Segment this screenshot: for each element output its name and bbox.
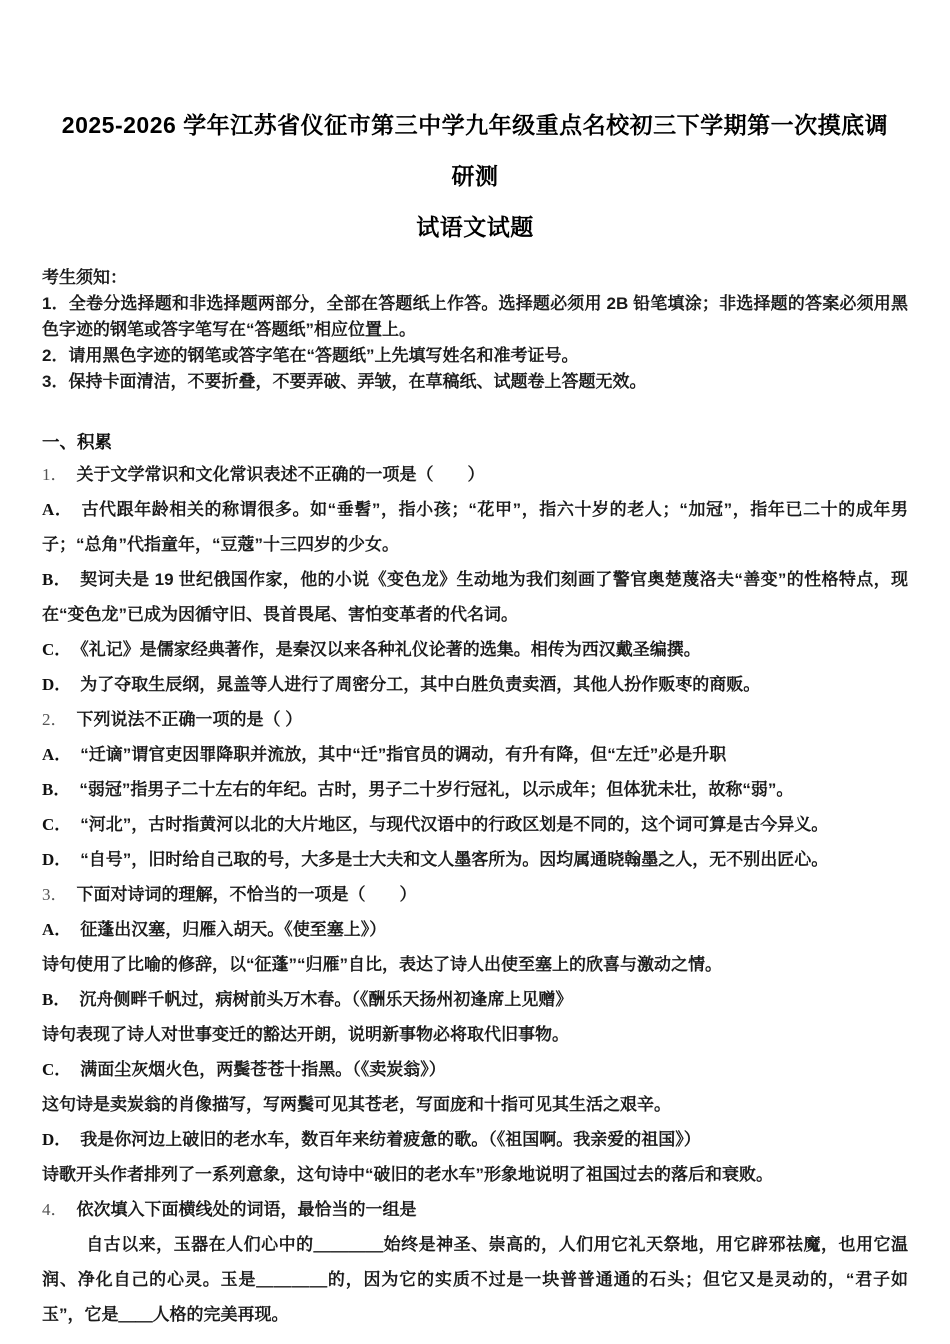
item-number: D． — [42, 850, 71, 869]
item-number: A． — [42, 500, 72, 519]
item-number: B． — [42, 990, 70, 1009]
item-text: 诗句表现了诗人对世事变迁的豁达开朗，说明新事物必将取代旧事物。 — [42, 1025, 569, 1044]
explanation-line: 自古以来，玉器在人们心中的＿＿＿＿始终是神圣、崇高的，人们用它礼天祭地，用它辟邪… — [42, 1227, 908, 1332]
answer-option: B．沉舟侧畔千帆过，病树前头万木春。（《酬乐天扬州初逢席上见赠》 — [42, 982, 908, 1017]
item-text: 依次填入下面横线处的词语，最恰当的一组是 — [77, 1200, 417, 1219]
item-text: 沉舟侧畔千帆过，病树前头万木春。（《酬乐天扬州初逢席上见赠》 — [79, 990, 572, 1009]
question-stem: 1．关于文学常识和文化常识表述不正确的一项是（ ） — [42, 457, 908, 492]
item-text: 下列说法不正确一项的是（ ） — [77, 710, 303, 729]
notice-line: 2．请用黑色字迹的钢笔或答字笔在“答题纸”上先填写姓名和准考证号。 — [42, 343, 908, 369]
answer-option: B．“弱冠”指男子二十左右的年纪。古时，男子二十岁行冠礼，以示成年；但体犹未壮，… — [42, 772, 908, 807]
item-number: B． — [42, 780, 70, 799]
answer-option: B．契诃夫是 19 世纪俄国作家，他的小说《变色龙》生动地为我们刻画了警官奥楚蔑… — [42, 562, 908, 632]
item-number: A． — [42, 745, 71, 764]
notice-lines: 1．全卷分选择题和非选择题两部分，全部在答题纸上作答。选择题必须用 2B 铅笔填… — [42, 291, 908, 395]
item-text: “河北”，古时指黄河以北的大片地区，与现代汉语中的行政区划是不同的，这个词可算是… — [80, 815, 828, 834]
item-number: 4． — [42, 1200, 68, 1219]
answer-option: D．我是你河边上破旧的老水车，数百年来纺着疲惫的歌。（《祖国啊。我亲爱的祖国》） — [42, 1122, 908, 1157]
item-number: 1． — [42, 465, 68, 484]
item-text: 古代跟年龄相关的称谓很多。如“垂髫”，指小孩；“花甲”，指六十岁的老人；“加冠”… — [42, 500, 908, 554]
answer-option: C．《礼记》是儒家经典著作，是秦汉以来各种礼仪论著的选集。相传为西汉戴圣编撰。 — [42, 632, 908, 667]
item-text: “弱冠”指男子二十左右的年纪。古时，男子二十岁行冠礼，以示成年；但体犹未壮，故称… — [79, 780, 793, 799]
candidate-notice: 考生须知： 1．全卷分选择题和非选择题两部分，全部在答题纸上作答。选择题必须用 … — [42, 265, 908, 395]
explanation-line: 诗歌开头作者排列了一系列意象，这句诗中“破旧的老水车”形象地说明了祖国过去的落后… — [42, 1157, 908, 1192]
item-number: B． — [42, 570, 71, 589]
item-text: 《礼记》是儒家经典著作，是秦汉以来各种礼仪论著的选集。相传为西汉戴圣编撰。 — [80, 640, 701, 659]
item-text: 自古以来，玉器在人们心中的＿＿＿＿始终是神圣、崇高的，人们用它礼天祭地，用它辟邪… — [42, 1235, 908, 1324]
notice-line: 3．保持卡面清洁，不要折叠，不要弄破、弄皱，在草稿纸、试题卷上答题无效。 — [42, 369, 908, 395]
item-number: A． — [42, 920, 71, 939]
question-stem: 4．依次填入下面横线处的词语，最恰当的一组是 — [42, 1192, 908, 1227]
item-text: “迁谪”谓官吏因罪降职并流放，其中“迁”指官员的调动，有升有降，但“左迁”必是升… — [80, 745, 726, 764]
item-number: 3． — [42, 885, 68, 904]
item-text: 下面对诗词的理解，不恰当的一项是（ ） — [77, 885, 417, 904]
explanation-line: 诗句表现了诗人对世事变迁的豁达开朗，说明新事物必将取代旧事物。 — [42, 1017, 908, 1052]
explanation-line: 诗句使用了比喻的修辞，以“征蓬”“归雁”自比，表达了诗人出使至塞上的欣喜与激动之… — [42, 947, 908, 982]
page-title-line1: 2025-2026 学年江苏省仪征市第三中学九年级重点名校初三下学期第一次摸底调… — [60, 100, 890, 202]
section-heading-accumulation: 一、积累 — [42, 427, 908, 457]
question-stem: 2．下列说法不正确一项的是（ ） — [42, 702, 908, 737]
question-stem: 3．下面对诗词的理解，不恰当的一项是（ ） — [42, 877, 908, 912]
item-text: 这句诗是卖炭翁的肖像描写，写两鬓可见其苍老，写面庞和十指可见其生活之艰辛。 — [42, 1095, 671, 1114]
notice-heading: 考生须知： — [42, 265, 908, 291]
answer-option: D．为了夺取生辰纲，晁盖等人进行了周密分工，其中白胜负责卖酒，其他人扮作贩枣的商… — [42, 667, 908, 702]
item-number: D． — [42, 675, 71, 694]
item-number: C． — [42, 640, 71, 659]
answer-option: A．古代跟年龄相关的称谓很多。如“垂髫”，指小孩；“花甲”，指六十岁的老人；“加… — [42, 492, 908, 562]
item-text: 关于文学常识和文化常识表述不正确的一项是（ ） — [77, 465, 485, 484]
item-text: 诗歌开头作者排列了一系列意象，这句诗中“破旧的老水车”形象地说明了祖国过去的落后… — [42, 1165, 773, 1184]
answer-option: D．“自号”，旧时给自己取的号，大多是士大夫和文人墨客所为。因均属通晓翰墨之人，… — [42, 842, 908, 877]
page-title: 2025-2026 学年江苏省仪征市第三中学九年级重点名校初三下学期第一次摸底调… — [60, 100, 890, 253]
notice-line: 1．全卷分选择题和非选择题两部分，全部在答题纸上作答。选择题必须用 2B 铅笔填… — [42, 291, 908, 343]
answer-option: A．征蓬出汉塞，归雁入胡天。《使至塞上》） — [42, 912, 908, 947]
item-text: “自号”，旧时给自己取的号，大多是士大夫和文人墨客所为。因均属通晓翰墨之人，无不… — [80, 850, 828, 869]
item-text: 诗句使用了比喻的修辞，以“征蓬”“归雁”自比，表达了诗人出使至塞上的欣喜与激动之… — [42, 955, 722, 974]
question-body: 1．关于文学常识和文化常识表述不正确的一项是（ ） A．古代跟年龄相关的称谓很多… — [42, 457, 908, 1332]
item-number: D． — [42, 1130, 71, 1149]
page-title-line2: 试语文试题 — [60, 202, 890, 253]
exam-paper-page: 2025-2026 学年江苏省仪征市第三中学九年级重点名校初三下学期第一次摸底调… — [0, 100, 950, 1332]
answer-option: A．“迁谪”谓官吏因罪降职并流放，其中“迁”指官员的调动，有升有降，但“左迁”必… — [42, 737, 908, 772]
item-text: 我是你河边上破旧的老水车，数百年来纺着疲惫的歌。（《祖国啊。我亲爱的祖国》） — [80, 1130, 701, 1149]
answer-option: C．满面尘灰烟火色，两鬓苍苍十指黑。（《卖炭翁》） — [42, 1052, 908, 1087]
item-text: 为了夺取生辰纲，晁盖等人进行了周密分工，其中白胜负责卖酒，其他人扮作贩枣的商贩。 — [80, 675, 760, 694]
item-text: 征蓬出汉塞，归雁入胡天。《使至塞上》） — [80, 920, 386, 939]
item-text: 契诃夫是 19 世纪俄国作家，他的小说《变色龙》生动地为我们刻画了警官奥楚蔑洛夫… — [42, 570, 908, 624]
item-text: 满面尘灰烟火色，两鬓苍苍十指黑。（《卖炭翁》） — [80, 1060, 446, 1079]
answer-option: C．“河北”，古时指黄河以北的大片地区，与现代汉语中的行政区划是不同的，这个词可… — [42, 807, 908, 842]
explanation-line: 这句诗是卖炭翁的肖像描写，写两鬓可见其苍老，写面庞和十指可见其生活之艰辛。 — [42, 1087, 908, 1122]
item-number: C． — [42, 1060, 71, 1079]
item-number: 2． — [42, 710, 68, 729]
item-number: C． — [42, 815, 71, 834]
